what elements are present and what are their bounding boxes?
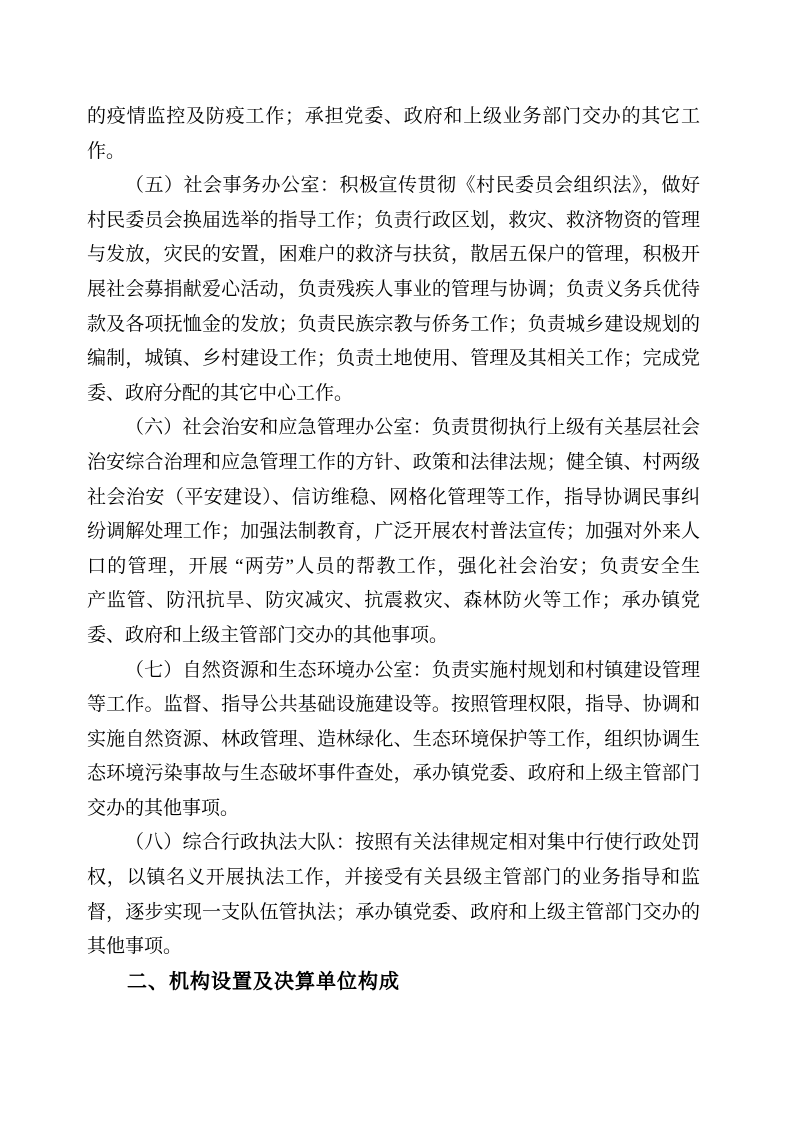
paragraph: （八）综合行政执法大队：按照有关法律规定相对集中行使行政处罚 权，以镇名义开展执… [87, 826, 700, 964]
text-line: 态环境污染事故与生态破坏事件查处，承办镇党委、政府和上级主管部门 [87, 757, 700, 792]
text-line: 治安综合治理和应急管理工作的方针、政策和法律法规；健全镇、村两级 [87, 446, 700, 481]
text-line: 编制，城镇、乡村建设工作；负责土地使用、管理及其相关工作；完成党 [87, 342, 700, 377]
text-line: 产监管、防汛抗旱、防灾减灾、抗震救灾、森林防火等工作；承办镇党 [87, 584, 700, 619]
paragraph: 的疫情监控及防疫工作；承担党委、政府和上级业务部门交办的其它工 作。 [87, 100, 700, 169]
text-line: 实施自然资源、林政管理、造林绿化、生态环境保护等工作，组织协调生 [87, 723, 700, 758]
text-line: 与发放，灾民的安置，困难户的救济与扶贫，散居五保户的管理，积极开 [87, 238, 700, 273]
text-line: 纷调解处理工作；加强法制教育，广泛开展农村普法宣传；加强对外来人 [87, 515, 700, 550]
page-content: 的疫情监控及防疫工作；承担党委、政府和上级业务部门交办的其它工 作。 （五）社会… [87, 100, 700, 999]
text-line: 款及各项抚恤金的发放；负责民族宗教与侨务工作；负责城乡建设规划的 [87, 308, 700, 343]
paragraph: （六）社会治安和应急管理办公室：负责贯彻执行上级有关基层社会 治安综合治理和应急… [87, 411, 700, 653]
text-line: 权，以镇名义开展执法工作，并接受有关县级主管部门的业务指导和监 [87, 861, 700, 896]
text-line: 委、政府分配的其它中心工作。 [87, 377, 700, 412]
text-line: 社会治安（平安建设）、信访维稳、网格化管理等工作，指导协调民事纠 [87, 481, 700, 516]
document-page: 的疫情监控及防疫工作；承担党委、政府和上级业务部门交办的其它工 作。 （五）社会… [0, 0, 793, 1122]
text-line: 委、政府和上级主管部门交办的其他事项。 [87, 619, 700, 654]
text-line: 的疫情监控及防疫工作；承担党委、政府和上级业务部门交办的其它工 [87, 100, 700, 135]
text-line: （六）社会治安和应急管理办公室：负责贯彻执行上级有关基层社会 [87, 411, 700, 446]
paragraph: （七）自然资源和生态环境办公室：负责实施村规划和村镇建设管理 等工作。监督、指导… [87, 654, 700, 827]
section-heading: 二、机构设置及决算单位构成 [87, 965, 700, 1000]
text-line: 督，逐步实现一支队伍管执法；承办镇党委、政府和上级主管部门交办的 [87, 896, 700, 931]
text-line: 展社会募捐献爱心活动，负责残疾人事业的管理与协调；负责义务兵优待 [87, 273, 700, 308]
text-line: 村民委员会换届选举的指导工作；负责行政区划，救灾、救济物资的管理 [87, 204, 700, 239]
text-line: 等工作。监督、指导公共基础设施建设等。按照管理权限，指导、协调和 [87, 688, 700, 723]
text-line: 交办的其他事项。 [87, 792, 700, 827]
text-line: 其他事项。 [87, 930, 700, 965]
text-line: 作。 [87, 135, 700, 170]
text-line: （八）综合行政执法大队：按照有关法律规定相对集中行使行政处罚 [87, 826, 700, 861]
paragraph: （五）社会事务办公室：积极宣传贯彻《村民委员会组织法》，做好 村民委员会换届选举… [87, 169, 700, 411]
text-line: 口的管理，开展 “两劳”人员的帮教工作，强化社会治安；负责安全生 [87, 550, 700, 585]
text-line: （五）社会事务办公室：积极宣传贯彻《村民委员会组织法》，做好 [87, 169, 700, 204]
text-line: （七）自然资源和生态环境办公室：负责实施村规划和村镇建设管理 [87, 654, 700, 689]
